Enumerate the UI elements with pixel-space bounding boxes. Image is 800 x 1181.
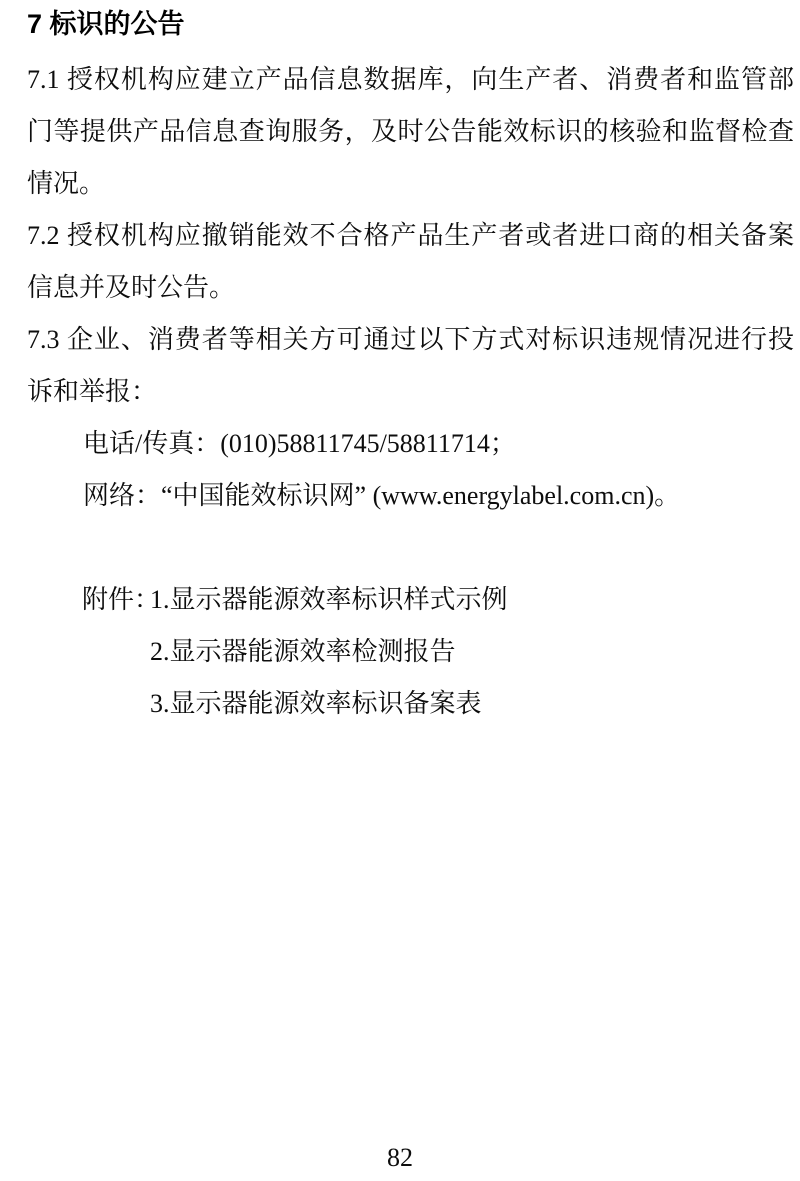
attachments-label: 附件： [82, 574, 150, 626]
attachment-item-1: 1.显示器能源效率标识样式示例 [150, 585, 508, 614]
section-heading: 7 标识的公告 [27, 6, 794, 42]
attachment-item-2: 2.显示器能源效率检测报告 [27, 626, 794, 678]
blank-line [27, 522, 794, 574]
clause-7-2: 7.2 授权机构应撤销能效不合格产品生产者或者进口商的相关备案 信息并及时公告。 [27, 210, 794, 314]
contact-info: 电话/传真：(010)58811745/58811714； 网络：“中国能效标识… [27, 418, 794, 522]
clause-7-3-line-2: 诉和举报： [27, 366, 794, 418]
clause-7-1-line-3: 情况。 [27, 158, 794, 210]
clause-7-2-line-2: 信息并及时公告。 [27, 262, 794, 314]
clause-7-3: 7.3 企业、消费者等相关方可通过以下方式对标识违规情况进行投 诉和举报： [27, 314, 794, 418]
clause-7-1-line-1: 7.1 授权机构应建立产品信息数据库，向生产者、消费者和监管部 [27, 54, 794, 106]
attachments-list: 附件：1.显示器能源效率标识样式示例 2.显示器能源效率检测报告 3.显示器能源… [27, 574, 794, 730]
clause-7-1-line-2: 门等提供产品信息查询服务，及时公告能效标识的核验和监督检查 [27, 106, 794, 158]
document-page: 7 标识的公告 7.1 授权机构应建立产品信息数据库，向生产者、消费者和监管部 … [0, 0, 800, 1181]
attachment-item-3: 3.显示器能源效率标识备案表 [27, 678, 794, 730]
clause-7-3-line-1: 7.3 企业、消费者等相关方可通过以下方式对标识违规情况进行投 [27, 314, 794, 366]
attachment-item-1-row: 附件：1.显示器能源效率标识样式示例 [27, 574, 794, 626]
clause-7-1: 7.1 授权机构应建立产品信息数据库，向生产者、消费者和监管部 门等提供产品信息… [27, 54, 794, 210]
contact-website-line: 网络：“中国能效标识网” (www.energylabel.com.cn)。 [27, 470, 794, 522]
clause-7-2-line-1: 7.2 授权机构应撤销能效不合格产品生产者或者进口商的相关备案 [27, 210, 794, 262]
contact-phone-fax-line: 电话/传真：(010)58811745/58811714； [27, 418, 794, 470]
page-number: 82 [0, 1143, 800, 1173]
